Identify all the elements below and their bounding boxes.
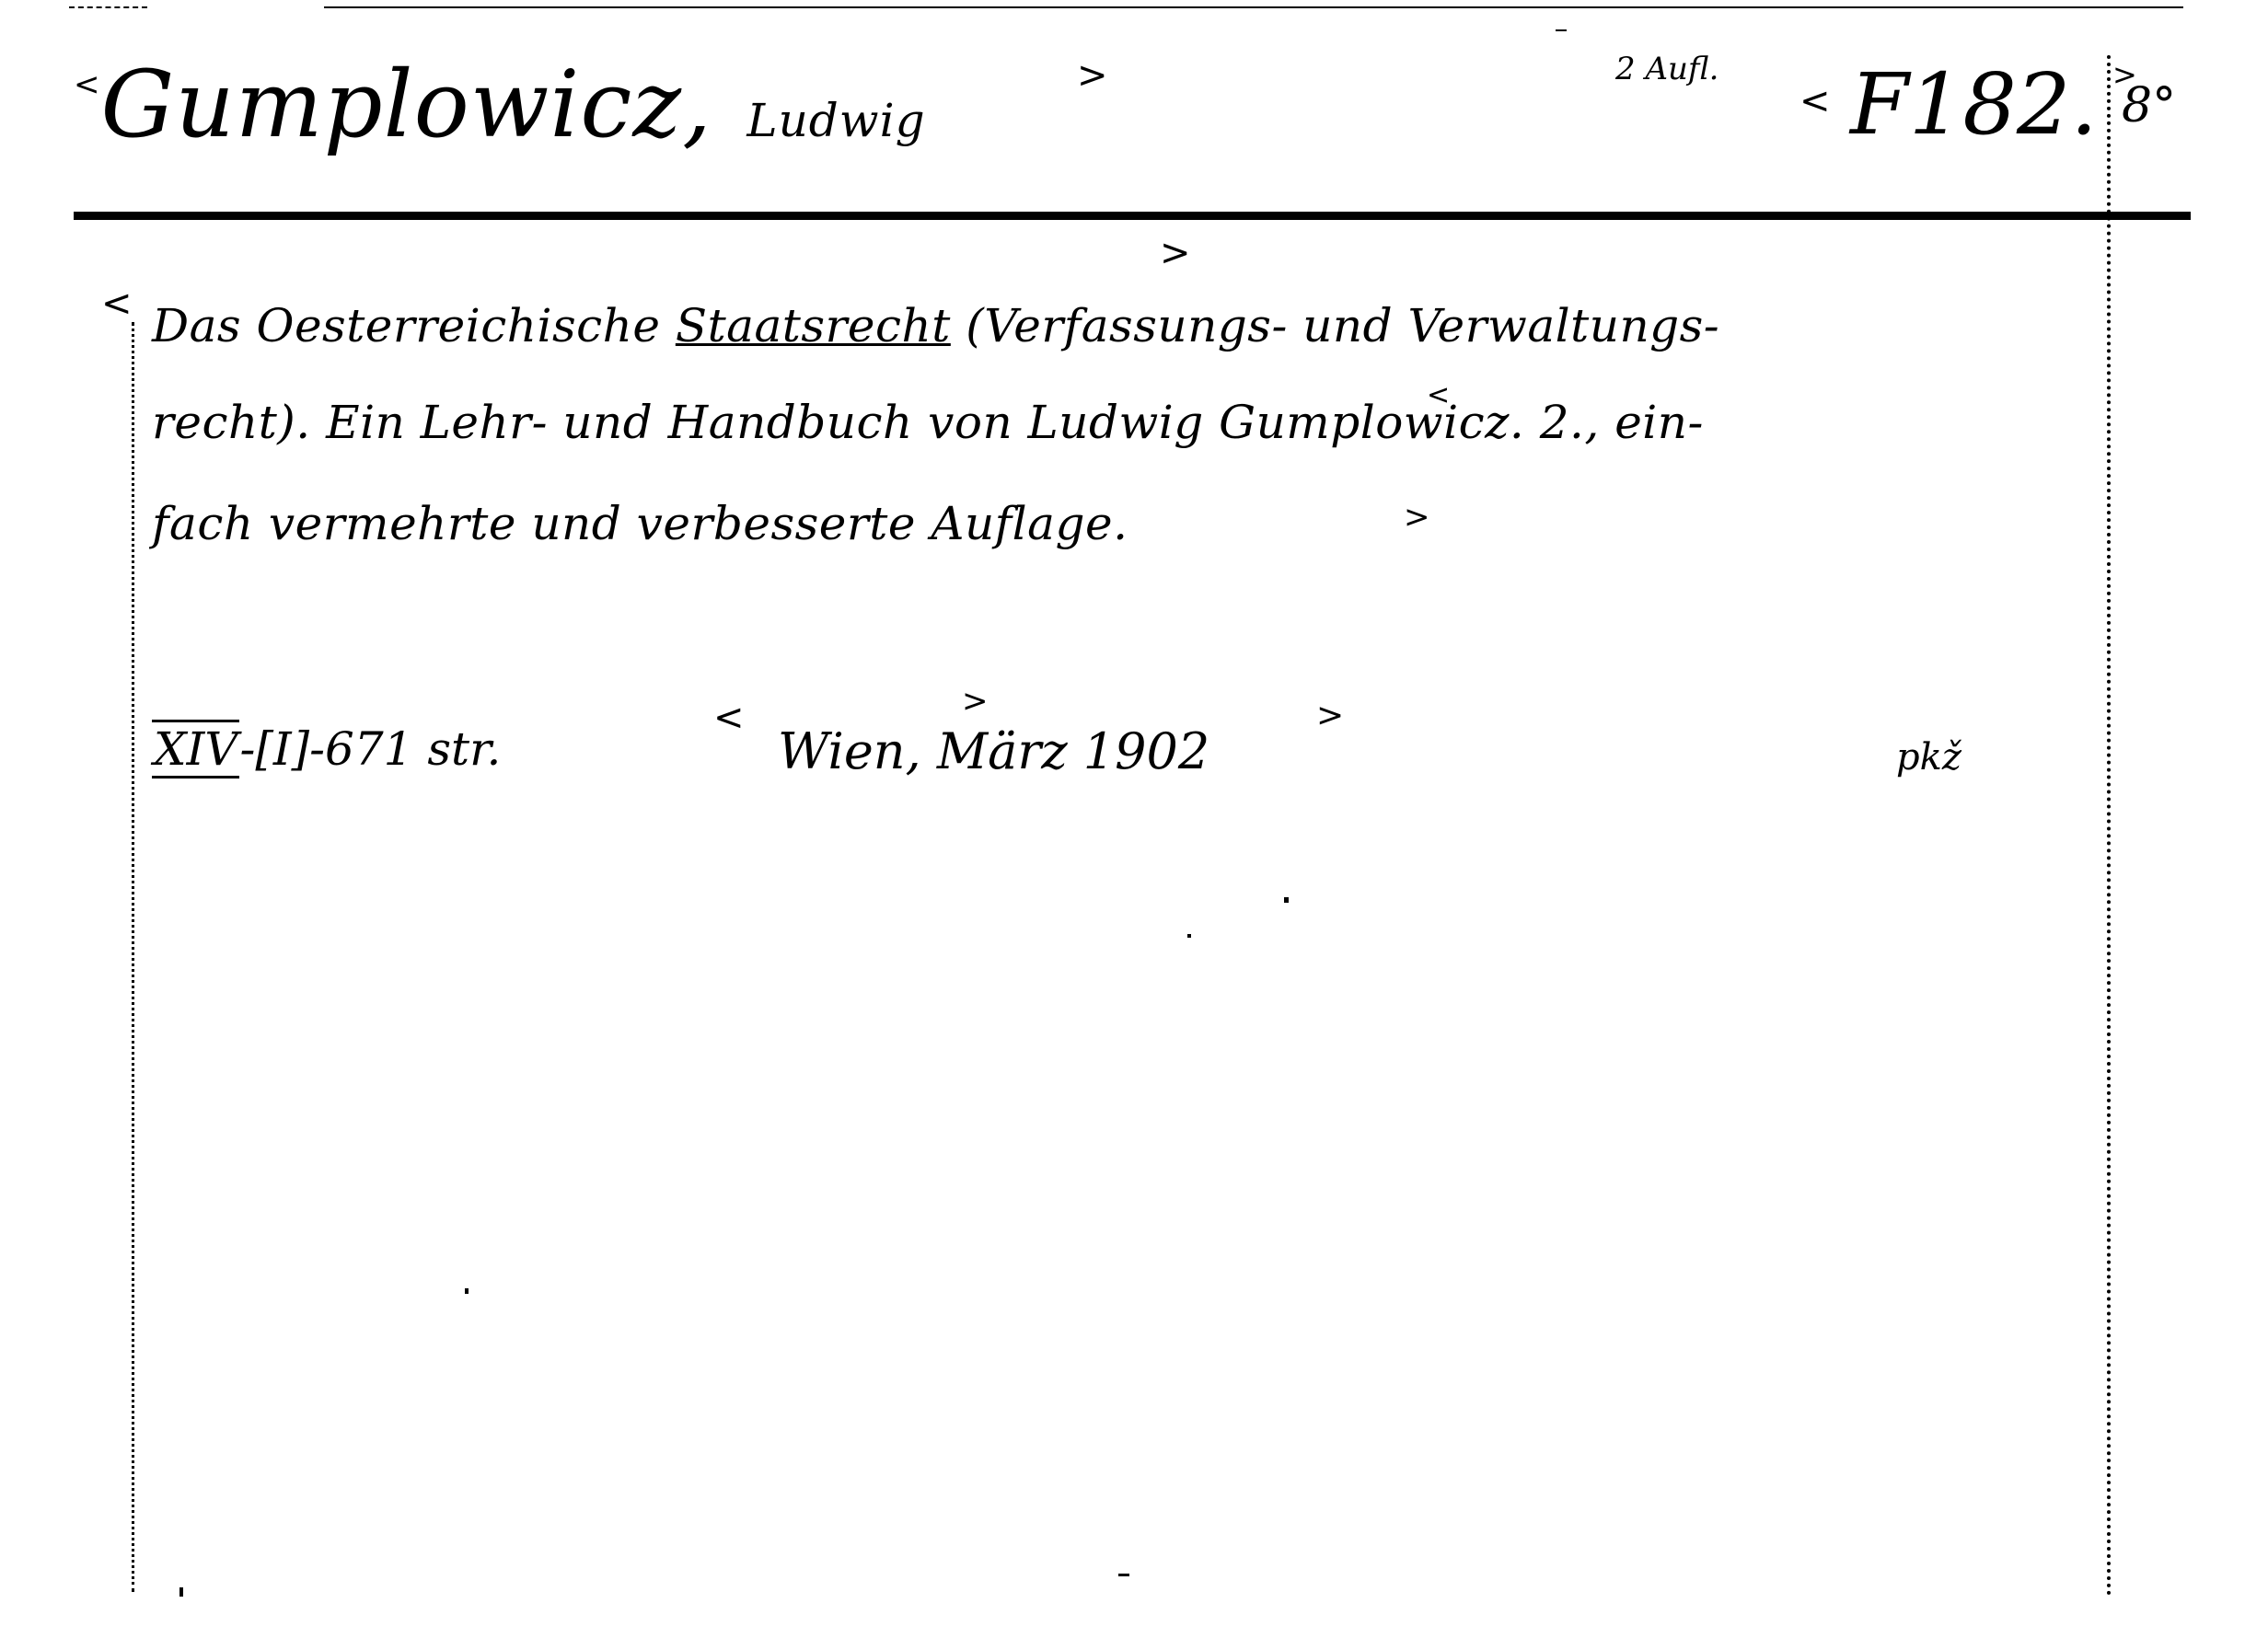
scan-speck [179, 1587, 183, 1597]
cataloger-initials: pkž [1896, 736, 1961, 779]
author-surname: Gumplowicz, [101, 51, 712, 158]
right-margin-dotted-line [2107, 55, 2111, 1597]
scan-speck [1118, 1574, 1129, 1576]
heading-separator-rule [74, 212, 2191, 220]
catalog-card: <Gumplowicz, Ludwig > 2 Aufl. < F182. > … [0, 0, 2268, 1638]
title-text: (Verfassungs- und Verwaltungs- [951, 299, 1719, 352]
title-line-2: recht). Ein Lehr- und Handbuch von Ludwi… [152, 396, 2214, 449]
edition-note: 2 Aufl. [1615, 51, 1718, 87]
scan-speck [1187, 934, 1191, 938]
scan-speck [465, 1288, 469, 1294]
top-rule [324, 6, 2183, 8]
shelfmark: F182. [1850, 55, 2098, 154]
open-mark: < [1799, 83, 1831, 120]
open-mark: < [713, 699, 745, 736]
title-line-1: Das Oesterreichische Staatsrecht (Verfas… [152, 299, 2214, 352]
author-given-name: Ludwig [746, 94, 925, 147]
title-text: Das Oesterreichische [152, 299, 676, 352]
scan-speck [1284, 897, 1289, 903]
collation: XIV-[I]-671 str. [152, 722, 501, 776]
scan-speck [1556, 29, 1567, 31]
top-rule-left [69, 6, 147, 8]
close-mark: > [1404, 502, 1430, 533]
close-mark: > [1077, 57, 1108, 94]
left-margin-dotted-line [132, 322, 134, 1592]
close-mark: > [962, 686, 989, 717]
imprint-place-date: Wien, März 1902 [778, 722, 1209, 780]
open-mark: < [74, 66, 101, 103]
format-size: 8° [2122, 78, 2176, 133]
title-line-3: fach vermehrte und verbesserte Auflage. [152, 497, 2214, 550]
close-mark: > [1316, 699, 1344, 732]
author-heading: <Gumplowicz, Ludwig [74, 51, 926, 158]
collation-pages: -[I]-671 str. [239, 722, 501, 776]
open-mark: < [101, 285, 133, 322]
collation-roman-pages: XIV [152, 720, 239, 779]
title-keyword-underlined: Staatsrecht [676, 299, 951, 352]
close-mark: > [1160, 235, 1191, 271]
